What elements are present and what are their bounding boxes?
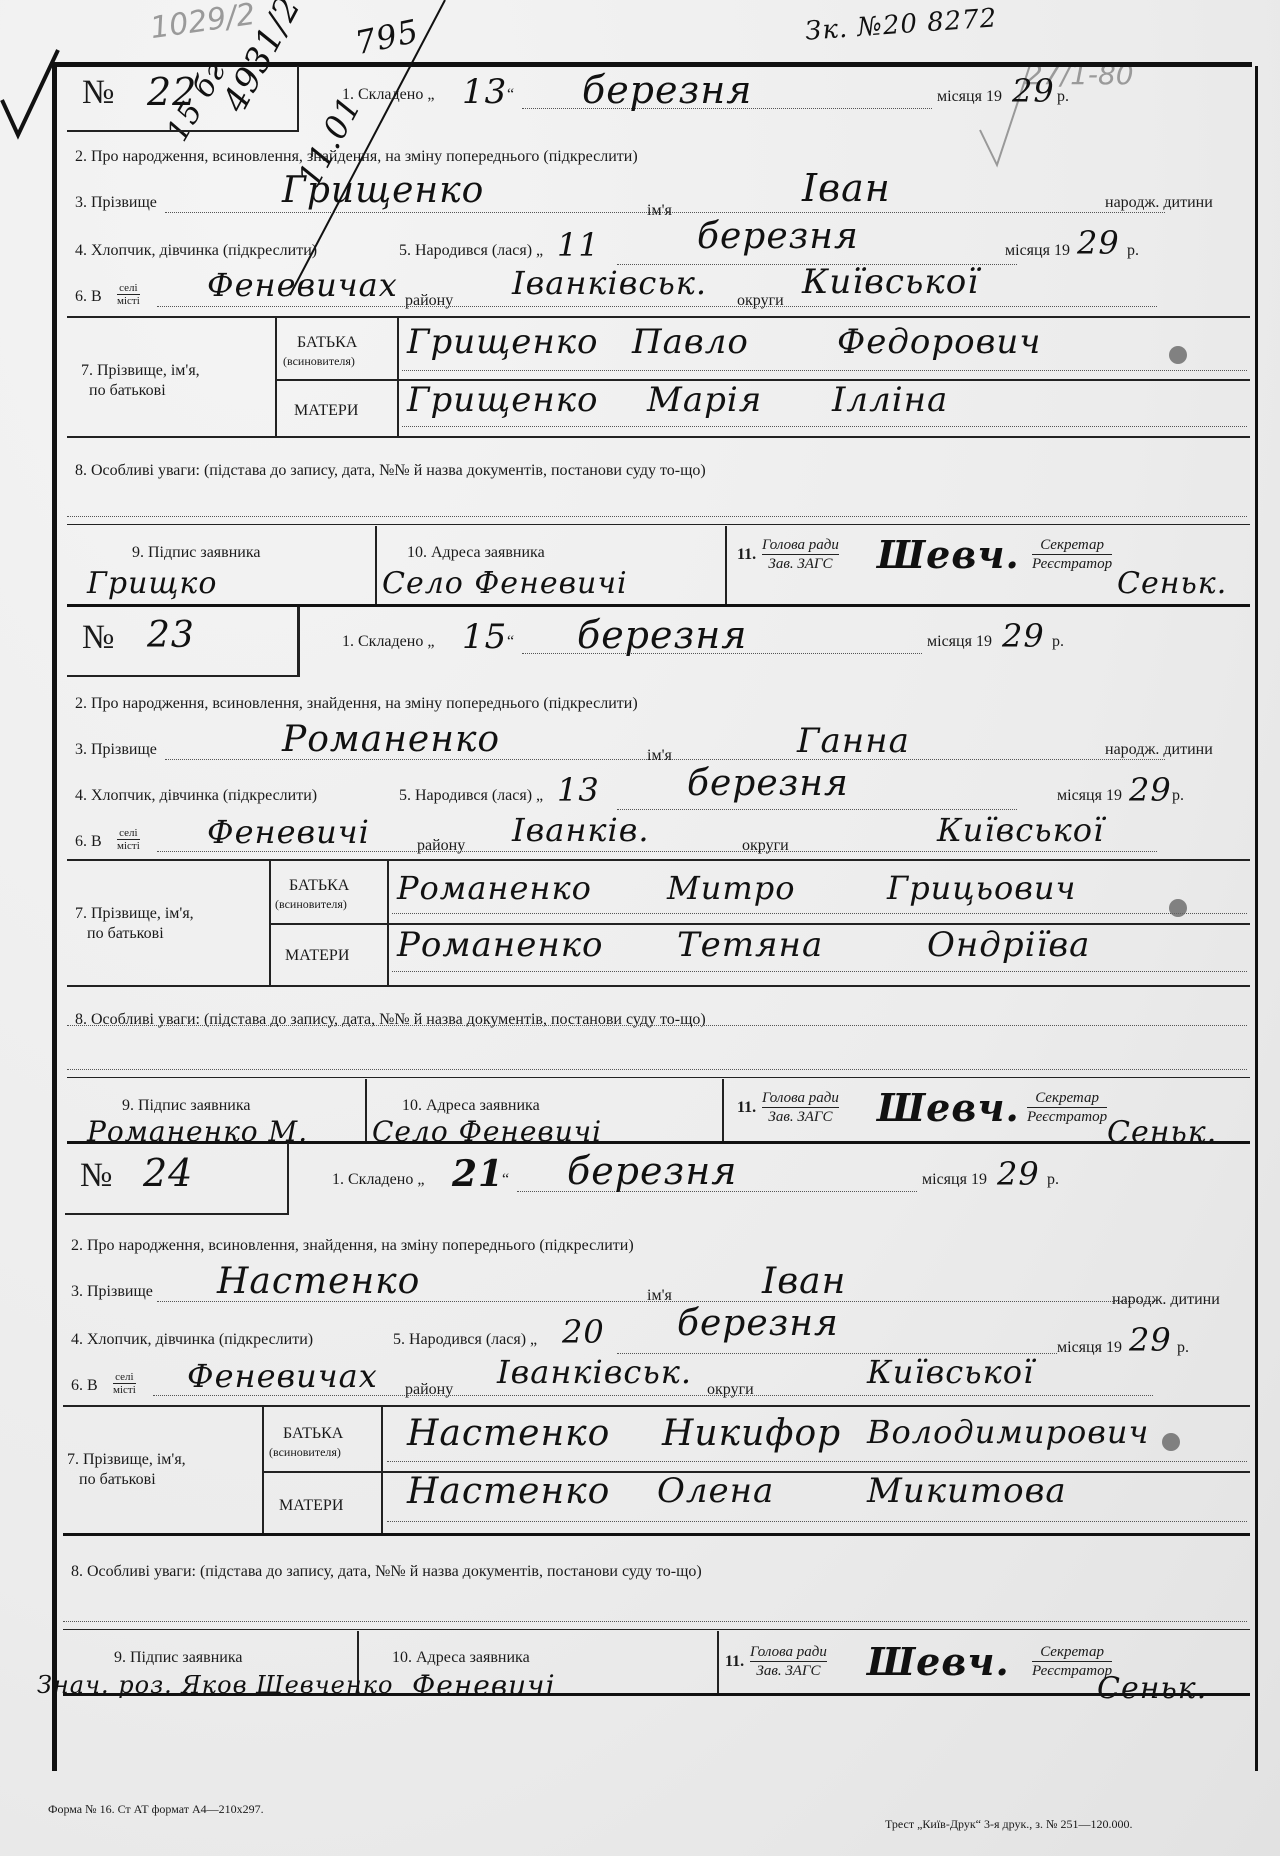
- parents-label: 7. Прізвище, ім'я,: [81, 362, 200, 380]
- mother-label: МАТЕРИ: [279, 1497, 343, 1515]
- compiled-label: 1. Складено „: [342, 633, 434, 651]
- district: Іванків.: [512, 811, 650, 849]
- born-day: 13: [557, 771, 600, 809]
- compiled-day: 13: [462, 72, 507, 112]
- number-sign: №: [80, 1157, 112, 1195]
- okrug-label: округи: [707, 1381, 754, 1399]
- district-label: району: [405, 1381, 453, 1399]
- head-signature: Шевч.: [867, 1639, 1010, 1684]
- born-day: 11: [557, 226, 600, 264]
- born-year: 29: [1129, 1321, 1172, 1359]
- official-num: 11.: [725, 1653, 744, 1671]
- compiled-year: 29: [997, 1155, 1040, 1193]
- child-born-label: народж. дитини: [1105, 741, 1213, 759]
- father-patronymic: Федорович: [837, 322, 1041, 362]
- okrug: Київської: [867, 1353, 1034, 1391]
- number-sign: №: [82, 74, 114, 112]
- okrug-label: округи: [742, 837, 789, 855]
- month-year-label: місяця 19: [1005, 242, 1070, 260]
- father-sublabel: (всиновителя): [275, 897, 347, 912]
- village-city-fraction: селімісті: [117, 282, 140, 307]
- place-label: 6. В: [75, 288, 102, 306]
- father-label: БАТЬКА: [289, 877, 349, 895]
- father-name: Павло: [632, 322, 749, 362]
- check-mark-icon: [0, 40, 60, 140]
- compiled-day: 21: [452, 1153, 504, 1195]
- district-label: району: [405, 292, 453, 310]
- record-number: 24: [143, 1151, 193, 1195]
- child-born-label: народж. дитини: [1112, 1291, 1220, 1309]
- mother-surname: Грищенко: [407, 380, 599, 420]
- applicant-address: Феневичі: [412, 1669, 556, 1702]
- compiled-label: 1. Складено „: [342, 86, 434, 104]
- father-name: Митро: [667, 869, 795, 907]
- official-num: 11.: [737, 546, 756, 564]
- record-number: 23: [147, 615, 195, 656]
- applicant-signature-label: 9. Підпис заявника: [132, 544, 260, 562]
- okrug: Київської: [937, 811, 1104, 849]
- name-label: ім'я: [647, 747, 672, 765]
- record-number: 22: [147, 70, 197, 114]
- quote: “: [507, 86, 514, 104]
- about-label: 2. Про народження, всиновлення, знайденн…: [75, 695, 638, 713]
- child-surname: Грищенко: [282, 170, 484, 211]
- month-year-label: місяця 19: [927, 633, 992, 651]
- father-patronymic: Грицьович: [887, 869, 1076, 907]
- mother-surname: Романенко: [397, 925, 604, 965]
- month-year-label: місяця 19: [922, 1171, 987, 1189]
- father-label: БАТЬКА: [283, 1425, 343, 1443]
- born-year: 29: [1129, 771, 1172, 809]
- father-surname: Романенко: [397, 869, 592, 907]
- name-label: ім'я: [647, 1287, 672, 1305]
- month-year-label: місяця 19: [937, 88, 1002, 106]
- applicant-address-label: 10. Адреса заявника: [407, 544, 545, 562]
- mother-name: Олена: [657, 1471, 774, 1511]
- head-title-fraction: Голова радиЗав. ЗАГС: [762, 1089, 839, 1126]
- father-label: БАТЬКА: [297, 334, 357, 352]
- child-surname: Романенко: [282, 719, 500, 760]
- record-22: № 22 1. Складено „ 13 “ березня місяця 1…: [57, 66, 1250, 641]
- born-day: 20: [562, 1313, 605, 1351]
- born-month: березня: [677, 1303, 839, 1344]
- record-number-box: № 22: [67, 66, 299, 132]
- secretary-signature: Сеньк.: [1117, 566, 1227, 601]
- applicant-address-label: 10. Адреса заявника: [402, 1097, 540, 1115]
- record-24: № 24 1. Складено „ 21 “ березня місяця 1…: [57, 1143, 1250, 1783]
- okrug-label: округи: [737, 292, 784, 310]
- place-label: 6. В: [75, 833, 102, 851]
- ink-note-top-right: Зк. №20 8272: [804, 3, 998, 46]
- mother-patronymic: Микитова: [867, 1471, 1067, 1511]
- child-name: Іван: [802, 166, 891, 210]
- quote: “: [502, 1171, 509, 1189]
- parents-label-2: по батькові: [79, 1471, 156, 1489]
- father-sublabel: (всиновителя): [283, 354, 355, 369]
- secretary-title-fraction: СекретарРеєстратор: [1027, 1089, 1107, 1126]
- father-surname: Грищенко: [407, 322, 599, 362]
- father-surname: Настенко: [407, 1413, 610, 1454]
- village: Феневичах: [207, 266, 398, 304]
- about-label: 2. Про народження, всиновлення, знайденн…: [75, 148, 638, 166]
- place-label: 6. В: [71, 1377, 98, 1395]
- village-city-fraction: селімісті: [113, 1371, 136, 1396]
- district: Іванківськ.: [497, 1353, 692, 1391]
- born-month: березня: [697, 216, 859, 257]
- compiled-label: 1. Складено „: [332, 1171, 424, 1189]
- head-title-fraction: Голова радиЗав. ЗАГС: [762, 536, 839, 573]
- mother-patronymic: Ондріїва: [927, 925, 1090, 965]
- village-city-fraction: селімісті: [117, 827, 140, 852]
- secretary-title-fraction: СекретарРеєстратор: [1032, 536, 1112, 573]
- remarks-label: 8. Особливі уваги: (підстава до запису, …: [75, 462, 706, 480]
- village: Феневичі: [207, 813, 370, 851]
- about-label: 2. Про народження, всиновлення, знайденн…: [71, 1237, 634, 1255]
- remarks-label: 8. Особливі уваги: (підстава до запису, …: [71, 1563, 702, 1581]
- secretary-signature: Сеньк.: [1097, 1671, 1207, 1706]
- village: Феневичах: [187, 1357, 378, 1395]
- applicant-signature-label: 9. Підпис заявника: [114, 1649, 242, 1667]
- parents-label-2: по батькові: [89, 382, 166, 400]
- mother-surname: Настенко: [407, 1471, 610, 1512]
- mother-name: Марія: [647, 380, 762, 420]
- record-number-box: № 23: [67, 607, 300, 677]
- applicant-address: Село Феневичі: [382, 566, 628, 601]
- mother-label: МАТЕРИ: [285, 947, 349, 965]
- record-number-box: № 24: [65, 1143, 289, 1215]
- child-born-label: народж. дитини: [1105, 194, 1213, 212]
- surname-label: 3. Прізвище: [71, 1283, 153, 1301]
- compiled-day: 15: [462, 617, 507, 657]
- mother-patronymic: Ілліна: [832, 380, 948, 420]
- born-month: березня: [687, 763, 849, 804]
- ink-blot: [1169, 346, 1187, 364]
- document-page: 1029/2 795 Зк. №20 8272 27/1-80 4931/26 …: [0, 0, 1280, 1856]
- name-label: ім'я: [647, 202, 672, 220]
- parents-label: 7. Прізвище, ім'я,: [67, 1451, 186, 1469]
- child-surname: Настенко: [217, 1261, 420, 1302]
- ink-blot: [1162, 1433, 1180, 1451]
- parents-label-2: по батькові: [87, 925, 164, 943]
- year-suffix: р.: [1047, 1171, 1059, 1189]
- year-suffix: р.: [1057, 88, 1069, 106]
- year-suffix: р.: [1127, 242, 1139, 260]
- born-year: 29: [1077, 224, 1120, 262]
- applicant-signature-label: 9. Підпис заявника: [122, 1097, 250, 1115]
- ink-blot: [1169, 899, 1187, 917]
- father-name: Никифор: [662, 1413, 841, 1454]
- head-title-fraction: Голова радиЗав. ЗАГС: [750, 1643, 827, 1680]
- remarks-label: 8. Особливі уваги: (підстава до запису, …: [75, 1011, 706, 1029]
- district: Іванківськ.: [512, 264, 707, 302]
- born-label: 5. Народився (лася) „: [399, 787, 543, 805]
- born-label: 5. Народився (лася) „: [399, 242, 543, 260]
- child-name: Ганна: [797, 721, 910, 761]
- surname-label: 3. Прізвище: [75, 741, 157, 759]
- month-year-label: місяця 19: [1057, 1339, 1122, 1357]
- form-info: Форма № 16. Ст АТ формат А4—210х297.: [48, 1802, 264, 1817]
- pencil-archive-number: 1029/2: [148, 0, 257, 46]
- compiled-month: березня: [567, 1149, 737, 1193]
- father-patronymic: Володимирович: [867, 1413, 1149, 1451]
- gender-label: 4. Хлопчик, дівчинка (підкреслити): [75, 787, 317, 805]
- applicant-address-label: 10. Адреса заявника: [392, 1649, 530, 1667]
- okrug: Київської: [802, 262, 979, 302]
- official-num: 11.: [737, 1099, 756, 1117]
- parents-label: 7. Прізвище, ім'я,: [75, 905, 194, 923]
- printer-info: Трест „Київ-Друк“ 3-я друк., з. № 251—12…: [885, 1817, 1132, 1832]
- record-23: № 23 1. Складено „ 15 “ березня місяця 1…: [57, 607, 1250, 1142]
- compiled-year: 29: [1012, 72, 1055, 110]
- year-suffix: р.: [1172, 787, 1184, 805]
- gender-label: 4. Хлопчик, дівчинка (підкреслити): [75, 242, 317, 260]
- compiled-month: березня: [582, 68, 752, 112]
- compiled-month: березня: [577, 613, 747, 657]
- mother-label: МАТЕРИ: [294, 402, 358, 420]
- quote: “: [507, 633, 514, 651]
- district-label: району: [417, 837, 465, 855]
- gender-label: 4. Хлопчик, дівчинка (підкреслити): [71, 1331, 313, 1349]
- mother-name: Тетяна: [677, 925, 823, 965]
- year-suffix: р.: [1052, 633, 1064, 651]
- number-sign: №: [82, 619, 114, 657]
- child-name: Іван: [762, 1261, 846, 1302]
- father-sublabel: (всиновителя): [269, 1445, 341, 1460]
- surname-label: 3. Прізвище: [75, 194, 157, 212]
- head-signature: Шевч.: [877, 532, 1020, 577]
- born-label: 5. Народився (лася) „: [393, 1331, 537, 1349]
- year-suffix: р.: [1177, 1339, 1189, 1357]
- month-year-label: місяця 19: [1057, 787, 1122, 805]
- head-signature: Шевч.: [877, 1085, 1020, 1130]
- applicant-signature: Грищко: [87, 566, 217, 601]
- compiled-year: 29: [1002, 617, 1045, 655]
